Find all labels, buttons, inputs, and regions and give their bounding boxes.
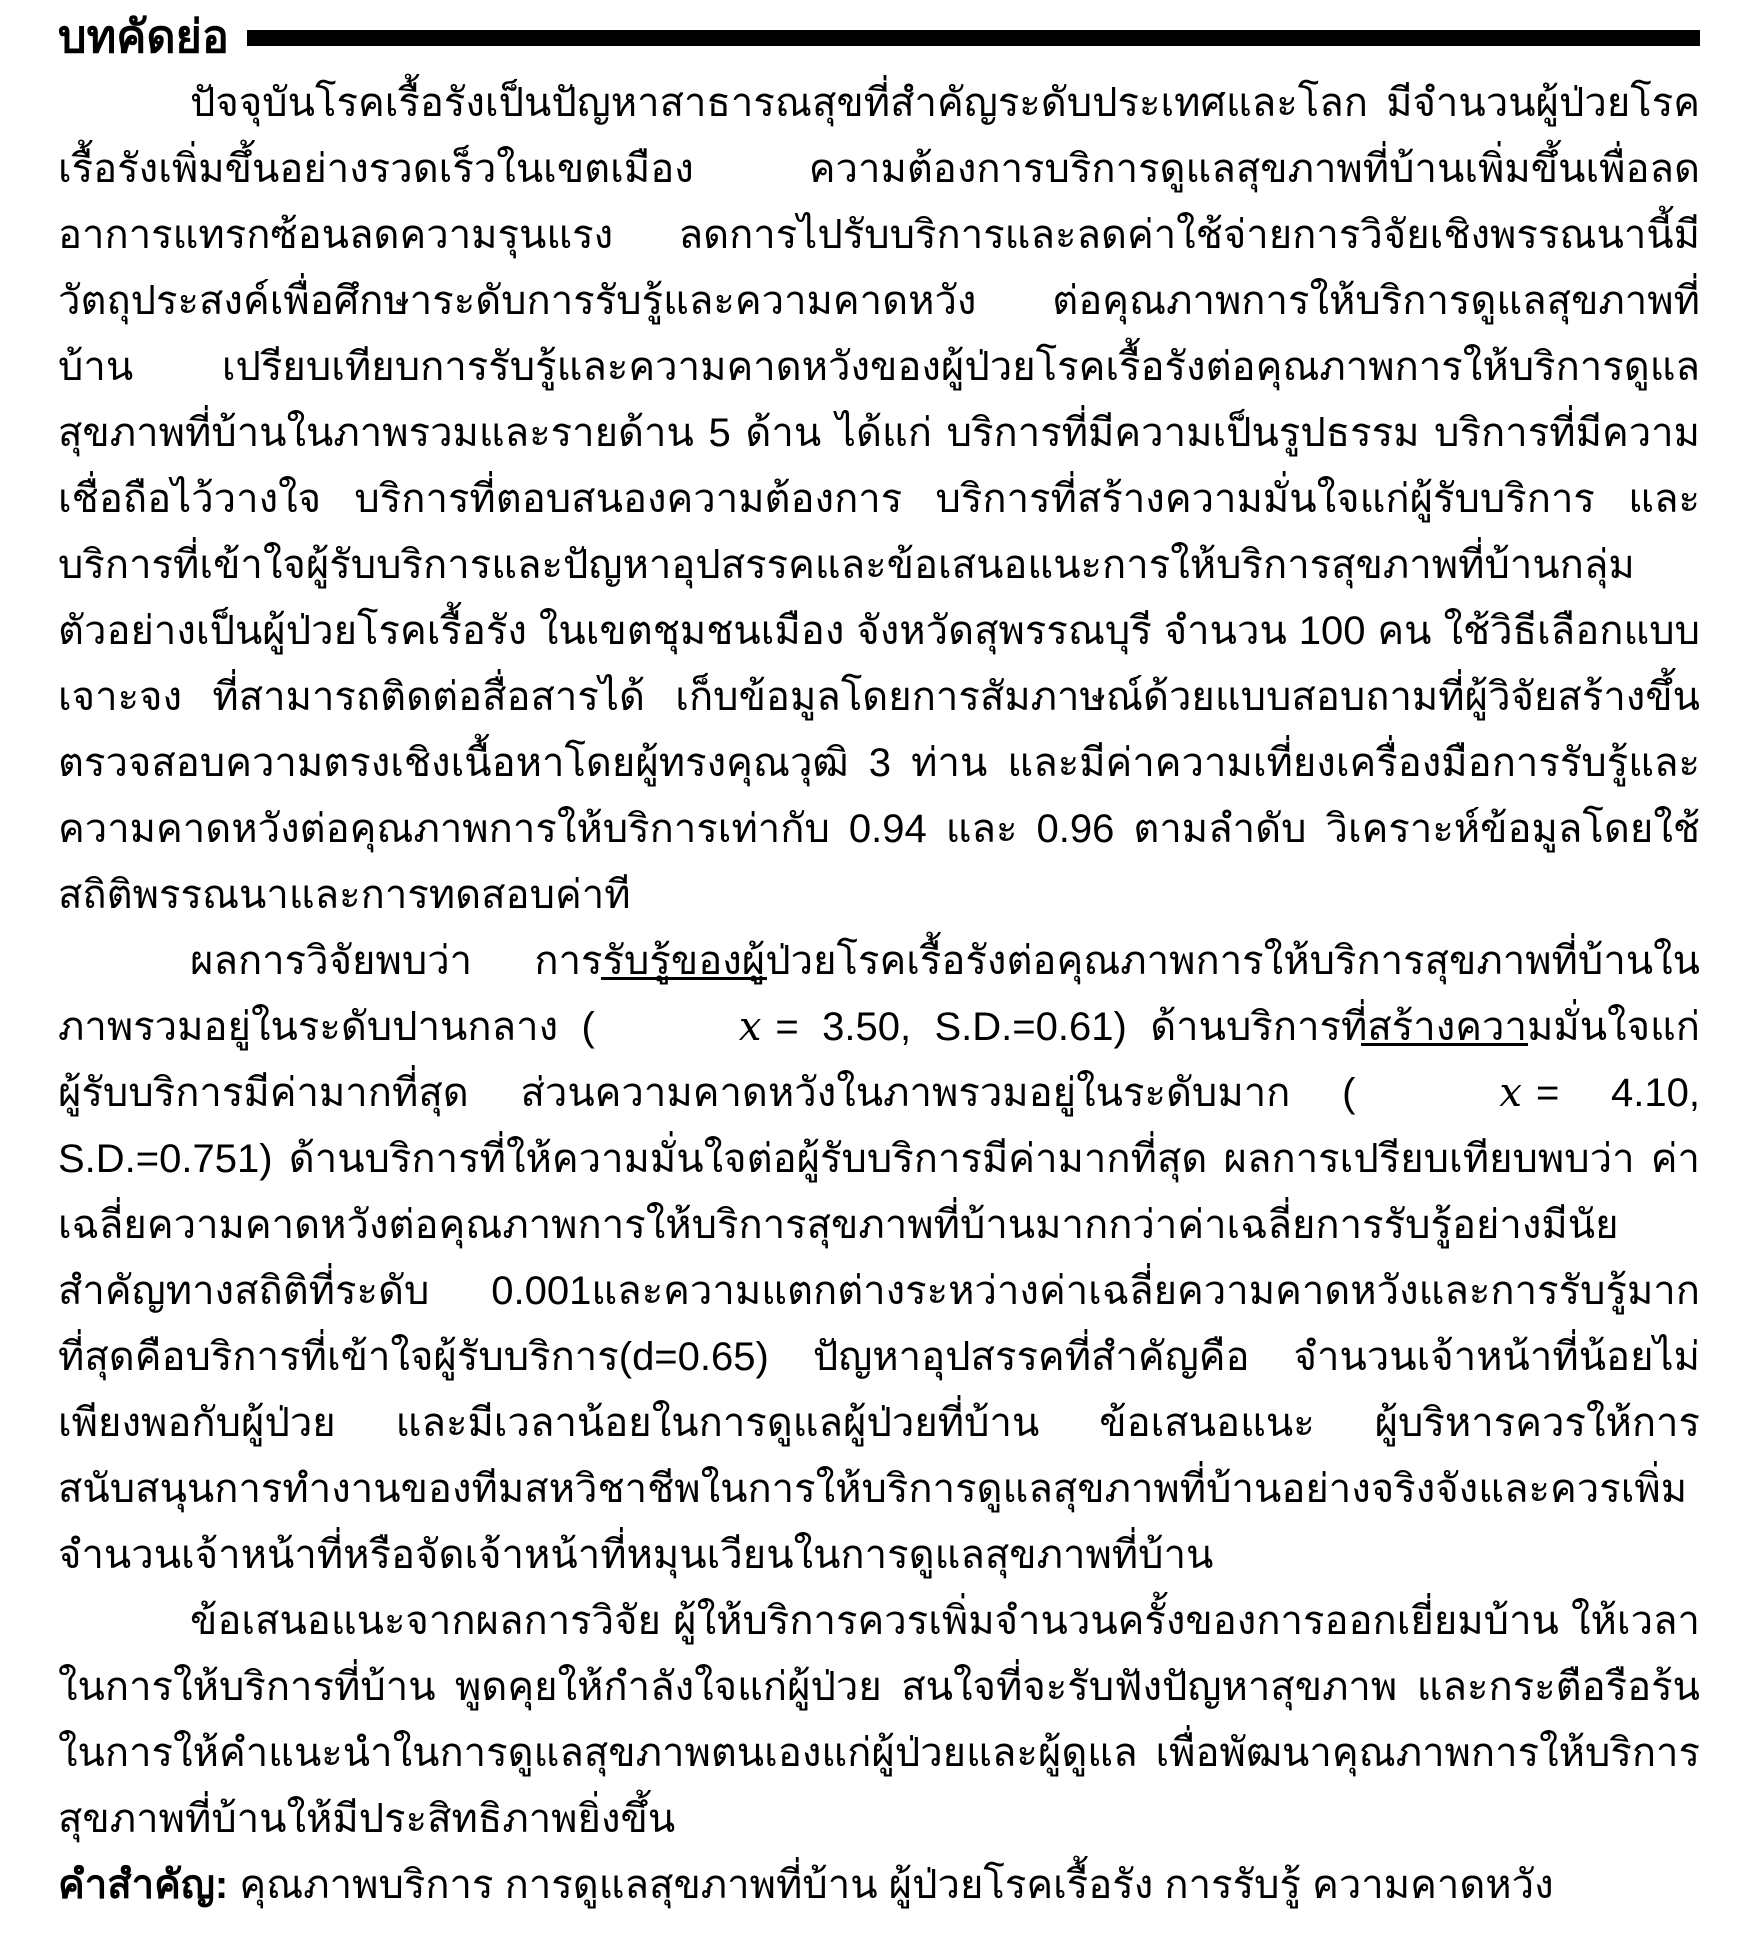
abstract-page: บทคัดย่อ ปัจจุบันโรคเรื้อรังเป็นปัญหาสาธ… [0,0,1750,1938]
paragraph-results: ผลการวิจัยพบว่า การรับรู้ของผู้ป่วยโรคเร… [58,928,1700,1588]
header-rule [247,30,1700,46]
keywords-text: คุณภาพบริการ การดูแลสุขภาพที่บ้าน ผู้ป่ว… [239,1863,1553,1907]
results-text-segment-3: = 4.10, S.D.=0.751) ด้านบริการที่ให้ความ… [58,1071,1700,1577]
keywords-label: คำสำคัญ: [58,1863,228,1907]
paragraph-recommendations: ข้อเสนอแนะจากผลการวิจัย ผู้ให้บริการควรเ… [58,1588,1700,1852]
abstract-header: บทคัดย่อ [58,6,1700,66]
x-bar-symbol: x [1367,1060,1522,1126]
keywords-line: คำสำคัญ: คุณภาพบริการ การดูแลสุขภาพที่บ้… [58,1852,1700,1918]
page-title: บทคัดย่อ [58,14,229,59]
abstract-body: ปัจจุบันโรคเรื้อรังเป็นปัญหาสาธารณสุขที่… [58,70,1700,1918]
x-bar-symbol: x [607,994,762,1060]
paragraph-background-methods: ปัจจุบันโรคเรื้อรังเป็นปัญหาสาธารณสุขที่… [58,70,1700,928]
